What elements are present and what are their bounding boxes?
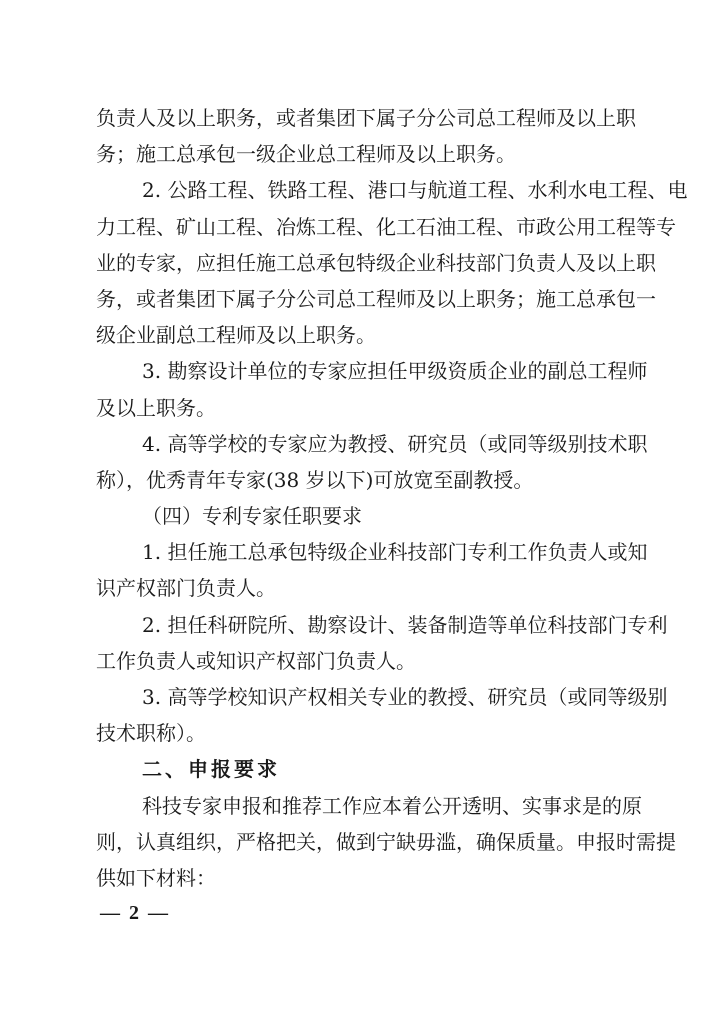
text-line: 及以上职务。: [96, 390, 628, 426]
text-line: 科技专家申报和推荐工作应本着公开透明、实事求是的原: [96, 788, 628, 824]
page-number: — 2 —: [100, 900, 170, 926]
text-line: 务；施工总承包一级企业总工程师及以上职务。: [96, 136, 628, 172]
text-line: 2. 公路工程、铁路工程、港口与航道工程、水利水电工程、电: [96, 172, 628, 208]
text-line: 级企业副总工程师及以上职务。: [96, 317, 628, 353]
subsection-heading: （四）专利专家任职要求: [96, 498, 628, 534]
document-body: 负责人及以上职务，或者集团下属子分公司总工程师及以上职 务；施工总承包一级企业总…: [96, 100, 628, 896]
text-line: 3. 高等学校知识产权相关专业的教授、研究员（或同等级别: [96, 679, 628, 715]
text-line: 力工程、矿山工程、冶炼工程、化工石油工程、市政公用工程等专: [96, 209, 628, 245]
text-line: 工作负责人或知识产权部门负责人。: [96, 643, 628, 679]
text-line: 3. 勘察设计单位的专家应担任甲级资质企业的副总工程师: [96, 353, 628, 389]
text-line: 识产权部门负责人。: [96, 570, 628, 606]
text-line: 负责人及以上职务，或者集团下属子分公司总工程师及以上职: [96, 100, 628, 136]
document-page: 负责人及以上职务，或者集团下属子分公司总工程师及以上职 务；施工总承包一级企业总…: [0, 0, 724, 1024]
text-line: 技术职称）。: [96, 715, 628, 751]
text-line: 务，或者集团下属子分公司总工程师及以上职务；施工总承包一: [96, 281, 628, 317]
text-line: 称），优秀青年专家(38 岁以下)可放宽至副教授。: [96, 462, 628, 498]
text-line: 1. 担任施工总承包特级企业科技部门专利工作负责人或知: [96, 534, 628, 570]
text-line: 2. 担任科研院所、勘察设计、装备制造等单位科技部门专利: [96, 607, 628, 643]
text-line: 供如下材料：: [96, 860, 628, 896]
text-line: 业的专家，应担任施工总承包特级企业科技部门负责人及以上职: [96, 245, 628, 281]
text-line: 4. 高等学校的专家应为教授、研究员（或同等级别技术职: [96, 426, 628, 462]
text-line: 则，认真组织，严格把关，做到宁缺毋滥，确保质量。申报时需提: [96, 824, 628, 860]
section-heading: 二、申报要求: [96, 751, 628, 787]
